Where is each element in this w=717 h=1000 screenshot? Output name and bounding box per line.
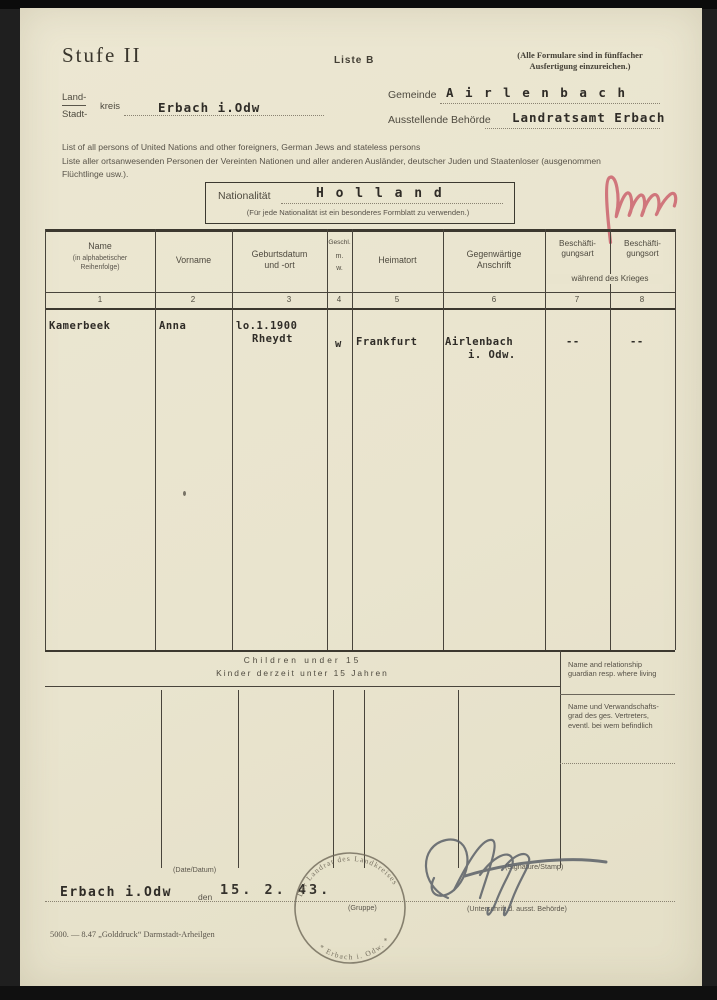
description-en: List of all persons of United Nations an… [62, 142, 682, 153]
guardian-note-de: Name und Verwandschafts- grad des ges. V… [568, 702, 672, 730]
col-header-geschl: Geschl. [326, 239, 353, 247]
table-border-right [675, 229, 676, 650]
stamp-text-top: Der Landrat des Landkreises [291, 848, 401, 899]
official-signature [410, 820, 620, 925]
guardian-note-en: Name and relationship guardian resp. whe… [568, 660, 672, 679]
scan-border-bottom [0, 986, 717, 1000]
table-border-left [45, 229, 46, 650]
col-number-6: 6 [484, 295, 504, 305]
copies-note: (Alle Formulare sind in fünffacher Ausfe… [490, 50, 670, 71]
table-line-c3 [327, 229, 328, 650]
official-stamp: Der Landrat des Landkreises * Erbach i. … [281, 839, 419, 977]
ink-speck [183, 491, 186, 496]
children-band-de: Kinder derzeit unter 15 Jahren [45, 668, 560, 679]
table-line-c2 [232, 229, 233, 650]
gemeinde-dotted-line [440, 103, 660, 104]
table-top-rule [45, 229, 675, 232]
row-cell-geburtsort: Rheydt [252, 333, 293, 345]
description-de-line1: Liste aller ortsanwesenden Personen der … [62, 156, 682, 167]
children-band-top-rule [45, 650, 675, 652]
col-header-vorname: Vorname [155, 255, 232, 266]
kreis-label: kreis [100, 101, 120, 113]
children-line-2 [238, 690, 239, 868]
children-line-4 [364, 690, 365, 868]
nationality-field: H o l l a n d [316, 186, 444, 201]
stadt-label: Stadt- [62, 109, 87, 121]
children-line-3 [333, 690, 334, 868]
behoerde-field: Landratsamt Erbach [512, 110, 665, 125]
col-header-name: Name [45, 241, 155, 252]
col-header-anschrift: Gegenwärtige Anschrift [443, 249, 545, 271]
den-label: den [198, 892, 212, 903]
scanned-document: Stufe II Liste B (Alle Formulare sind in… [0, 0, 717, 1000]
svg-text:* Erbach i. Odw. *: * Erbach i. Odw. * [317, 934, 394, 965]
col-number-3: 3 [279, 295, 299, 305]
guardian-dotted-line [560, 763, 675, 764]
col-number-8: 8 [632, 295, 652, 305]
page-title: Stufe II [62, 42, 142, 68]
land-label: Land- [62, 92, 86, 106]
row-cell-heimatort: Frankfurt [356, 336, 417, 348]
children-band-bottom-rule [45, 686, 560, 687]
row-cell-vorname: Anna [159, 320, 186, 332]
table-numbers-rule [45, 308, 675, 310]
col-number-7: 7 [567, 295, 587, 305]
col-header-waehrend-des-krieges: während des Krieges [546, 274, 674, 284]
col-number-1: 1 [90, 295, 110, 305]
row-cell-anschrift-1: Airlenbach [445, 336, 513, 348]
col-header-beschaeftigungsort: Beschäfti- gungsort [610, 238, 675, 259]
col-header-beschaeftigungsart: Beschäfti- gungsart [545, 238, 610, 259]
col-number-5: 5 [387, 295, 407, 305]
row-cell-beschaeftigungsart: -- [566, 336, 580, 348]
kreis-dotted-line [124, 115, 324, 116]
stamp-text-bottom: * Erbach i. Odw. * [317, 934, 394, 965]
table-line-c6 [545, 229, 546, 650]
table-line-c4 [352, 229, 353, 650]
nationality-note: (Für jede Nationalität ist ein besondere… [210, 208, 506, 217]
kreis-field: Erbach i.Odw [158, 100, 260, 115]
row-cell-geschl: w [335, 338, 342, 350]
table-header-rule [45, 292, 675, 293]
row-cell-beschaeftigungsort: -- [630, 336, 644, 348]
svg-text:Der Landrat des Landkreises: Der Landrat des Landkreises [291, 848, 401, 899]
children-line-1 [161, 690, 162, 868]
col-number-4: 4 [329, 295, 349, 305]
table-line-c7 [610, 229, 611, 650]
behoerde-label: Ausstellende Behörde [388, 114, 491, 127]
guardian-divider [560, 694, 675, 695]
gemeinde-field: A i r l e n b a c h [446, 85, 627, 100]
col-header-geburtsdatum: Geburtsdatum und -ort [232, 249, 327, 271]
col-header-geschl-sub: m. w. [326, 251, 353, 274]
col-header-heimatort: Heimatort [352, 255, 443, 266]
nationality-dotted-line [281, 203, 503, 204]
nationality-label: Nationalität [218, 190, 271, 203]
nationality-box: Nationalität H o l l a n d (Für jede Nat… [205, 182, 515, 224]
col-number-2: 2 [183, 295, 203, 305]
col-header-name-sub: (in alphabetischer Reihenfolge) [45, 255, 155, 272]
table-line-c1 [155, 229, 156, 650]
children-band-en: Children under 15 [45, 655, 560, 666]
form-page: Stufe II Liste B (Alle Formulare sind in… [20, 8, 702, 986]
date-caption: (Date/Datum) [173, 865, 216, 874]
gemeinde-label: Gemeinde [388, 89, 436, 102]
row-cell-anschrift-2: i. Odw. [468, 349, 516, 361]
row-cell-geburtsdatum: lo.1.1900 [236, 320, 297, 332]
printer-imprint: 5000. — 8.47 „Golddruck“ Darmstadt-Arhei… [50, 930, 215, 941]
behoerde-dotted-line [485, 128, 660, 129]
place-field: Erbach i.Odw [60, 885, 172, 900]
row-cell-name: Kamerbeek [49, 320, 110, 332]
liste-b-label: Liste B [334, 55, 374, 68]
table-line-c5 [443, 229, 444, 650]
